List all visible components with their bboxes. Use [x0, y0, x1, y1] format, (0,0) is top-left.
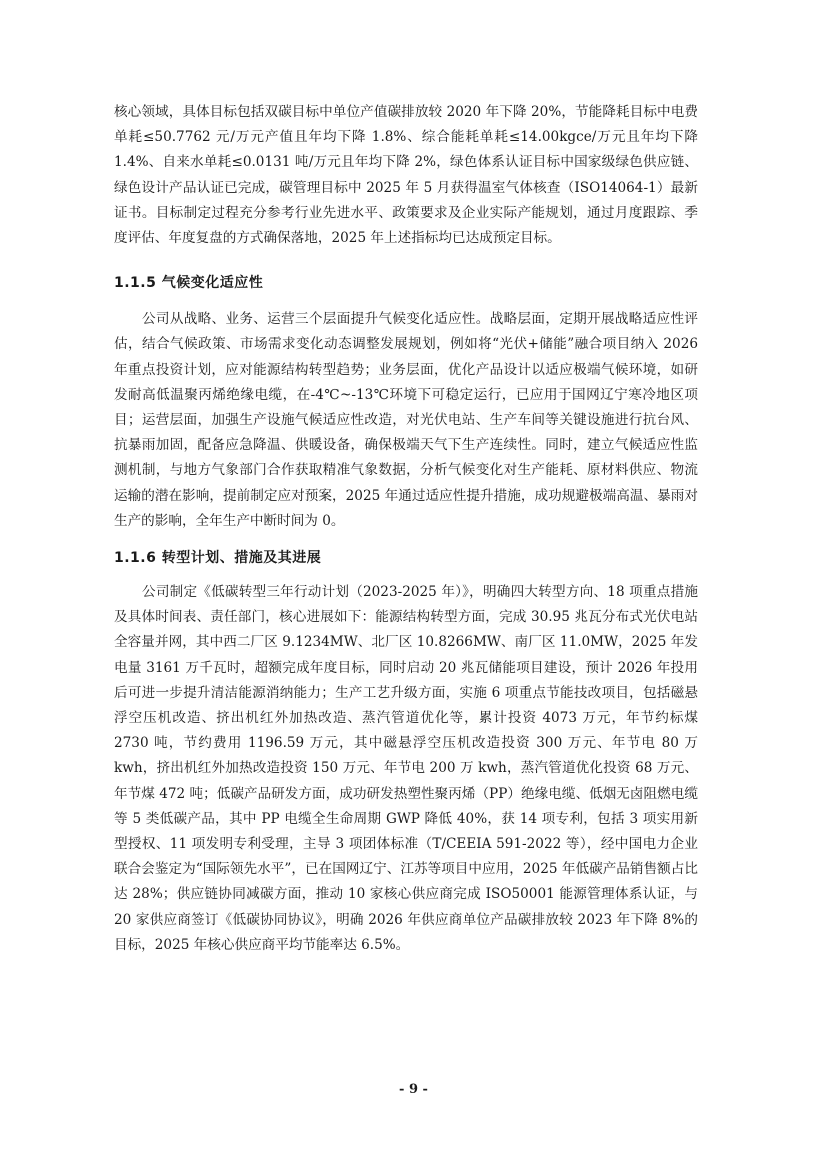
section-heading-transition-plan: 1.1.6 转型计划、措施及其进展	[114, 548, 698, 568]
page-content: 核心领域，具体目标包括双碳目标中单位产值碳排放较 2020 年下降 20%，节能…	[114, 100, 698, 958]
page-number: - 9 -	[0, 1082, 827, 1097]
document-page: 核心领域，具体目标包括双碳目标中单位产值碳排放较 2020 年下降 20%，节能…	[0, 0, 827, 1170]
climate-adaptability-paragraph: 公司从战略、业务、运营三个层面提升气候变化适应性。战略层面，定期开展战略适应性评…	[114, 307, 698, 534]
transition-plan-paragraph: 公司制定《低碳转型三年行动计划（2023-2025 年）》，明确四大转型方向、1…	[114, 580, 698, 958]
section-heading-climate-adaptability: 1.1.5 气候变化适应性	[114, 273, 698, 293]
continued-paragraph: 核心领域，具体目标包括双碳目标中单位产值碳排放较 2020 年下降 20%，节能…	[114, 100, 698, 251]
